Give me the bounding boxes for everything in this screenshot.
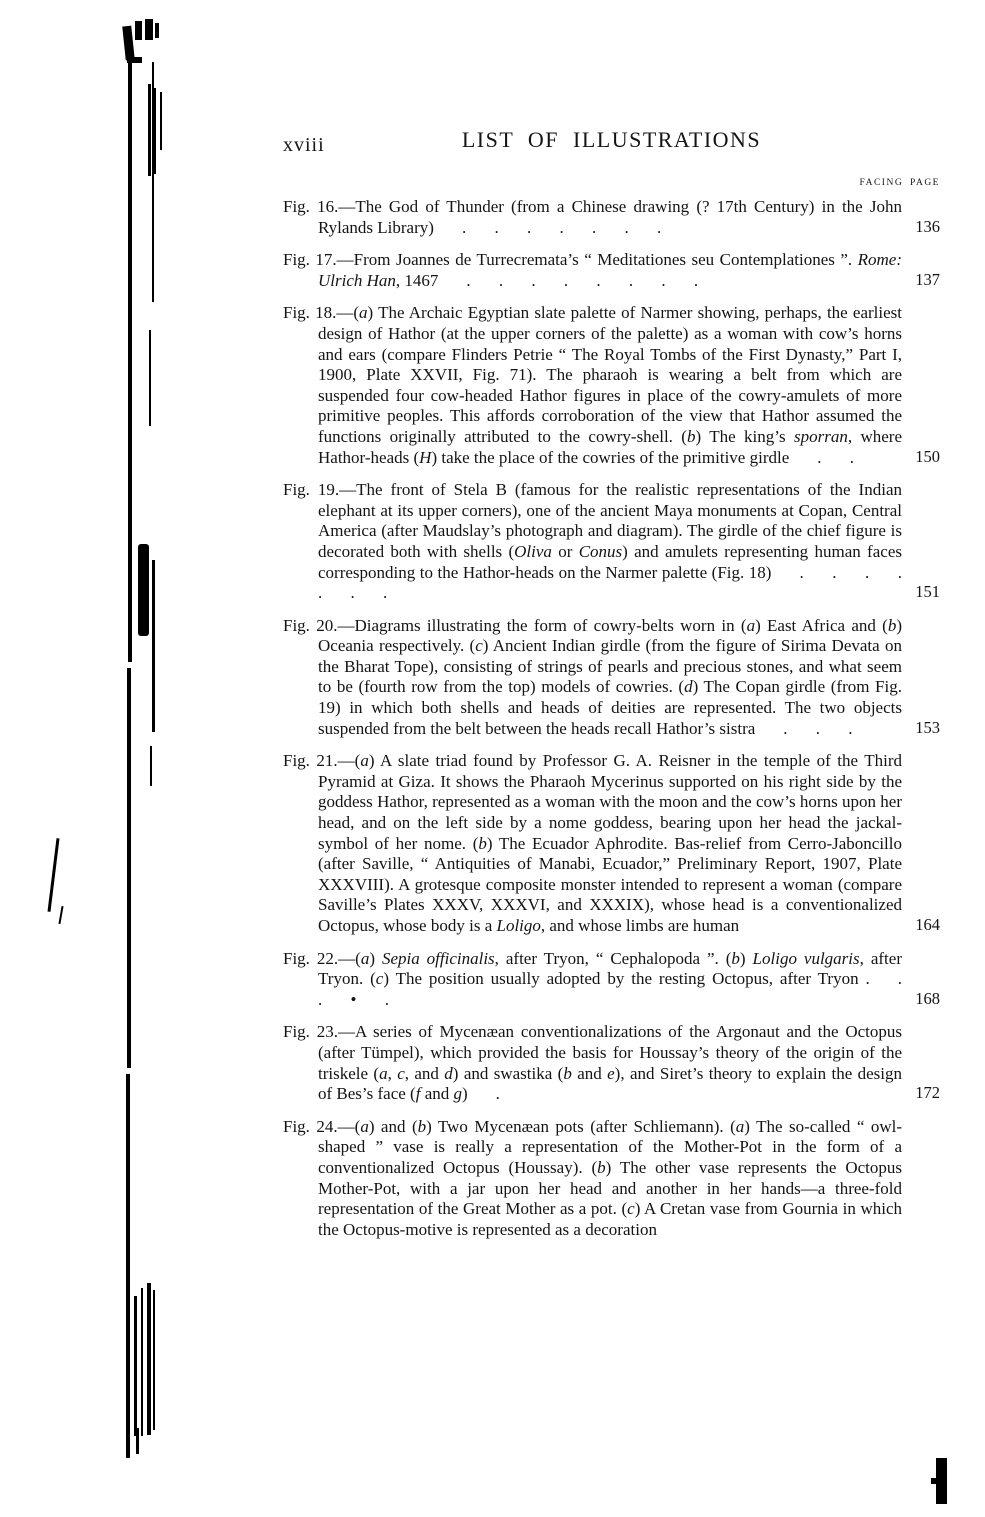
page-number: 172 (915, 1083, 940, 1104)
facing-page-column-header: FACING PAGE (860, 178, 940, 188)
scanned-book-page: xviii LIST OF ILLUSTRATIONS FACING PAGE … (0, 0, 985, 1517)
scan-artifact (134, 1296, 137, 1436)
scan-artifact (136, 1428, 139, 1454)
list-item: Fig. 20.—Diagrams illustrating the form … (283, 616, 940, 740)
page-number: 136 (915, 217, 940, 238)
list-item: Fig. 19.—The front of Stela B (famous fo… (283, 480, 940, 604)
dot-leader: . . . . . . . (434, 218, 661, 237)
list-item: Fig. 17.—From Joannes de Turrecremata’s … (283, 250, 940, 291)
scan-artifact (154, 88, 156, 174)
figure-label: Fig. 16. (283, 197, 338, 216)
scan-artifact (152, 62, 154, 302)
page-number: 150 (915, 447, 940, 468)
scan-artifact (147, 1283, 151, 1435)
figure-label: Fig. 24. (283, 1117, 338, 1136)
scan-artifact (48, 838, 60, 912)
list-item: Fig. 24.—(a) and (b) Two Mycenæan pots (… (283, 1117, 940, 1241)
scan-artifact (931, 1478, 936, 1484)
dot-leader: . . . (755, 719, 852, 738)
scan-artifact (160, 92, 162, 150)
dot-leader: . (468, 1084, 500, 1103)
scan-artifact (936, 1458, 947, 1504)
figure-caption: —(a) A slate triad found by Professor G.… (318, 751, 902, 935)
scan-artifact (128, 42, 132, 662)
page-number: 164 (915, 915, 940, 936)
list-item: Fig. 18.—(a) The Archaic Egyptian slate … (283, 303, 940, 468)
figure-caption: —(a) Sepia officinalis, after Tryon, “ C… (318, 949, 902, 989)
list-item: Fig. 23.—A series of Mycenæan convention… (283, 1022, 940, 1104)
list-item: Fig. 16.—The God of Thunder (from a Chin… (283, 197, 940, 238)
figure-label: Fig. 17. (283, 250, 337, 269)
page-number: 151 (915, 582, 940, 603)
scan-artifact (127, 668, 131, 1068)
list-item: Fig. 21.—(a) A slate triad found by Prof… (283, 751, 940, 936)
page-title: LIST OF ILLUSTRATIONS (283, 127, 940, 153)
figure-label: Fig. 20. (283, 616, 337, 635)
page-number: 153 (915, 718, 940, 739)
scan-artifact (141, 1288, 143, 1436)
figure-caption: —A series of Mycenæan conventionalizatio… (318, 1022, 902, 1103)
scan-artifact (138, 544, 149, 636)
scan-artifact (153, 1290, 155, 1430)
figure-label: Fig. 18. (283, 303, 336, 322)
dot-leader: . . . . . . . . (438, 271, 698, 290)
page-number: 168 (915, 989, 940, 1010)
dot-leader: . . (789, 448, 854, 467)
scan-artifact (145, 19, 153, 40)
figure-label: Fig. 22. (283, 949, 338, 968)
scan-artifact (149, 330, 151, 426)
page-number: 137 (915, 270, 940, 291)
figure-caption: —(a) and (b) Two Mycenæan pots (after Sc… (318, 1117, 902, 1239)
scan-artifact (155, 23, 159, 38)
scan-artifact (126, 1074, 130, 1458)
scan-artifact (150, 746, 152, 786)
scan-artifact (58, 906, 63, 924)
figure-caption: —(a) The Archaic Egyptian slate palette … (318, 303, 902, 466)
figure-label: Fig. 23. (283, 1022, 338, 1041)
list-item: Fig. 22.—(a) Sepia officinalis, after Tr… (283, 949, 940, 1011)
scan-artifact (135, 21, 142, 40)
figure-label: Fig. 21. (283, 751, 338, 770)
figure-label: Fig. 19. (283, 480, 339, 499)
scan-artifact (152, 560, 155, 732)
illustration-list: Fig. 16.—The God of Thunder (from a Chin… (283, 197, 940, 1252)
scan-artifact (148, 84, 151, 176)
